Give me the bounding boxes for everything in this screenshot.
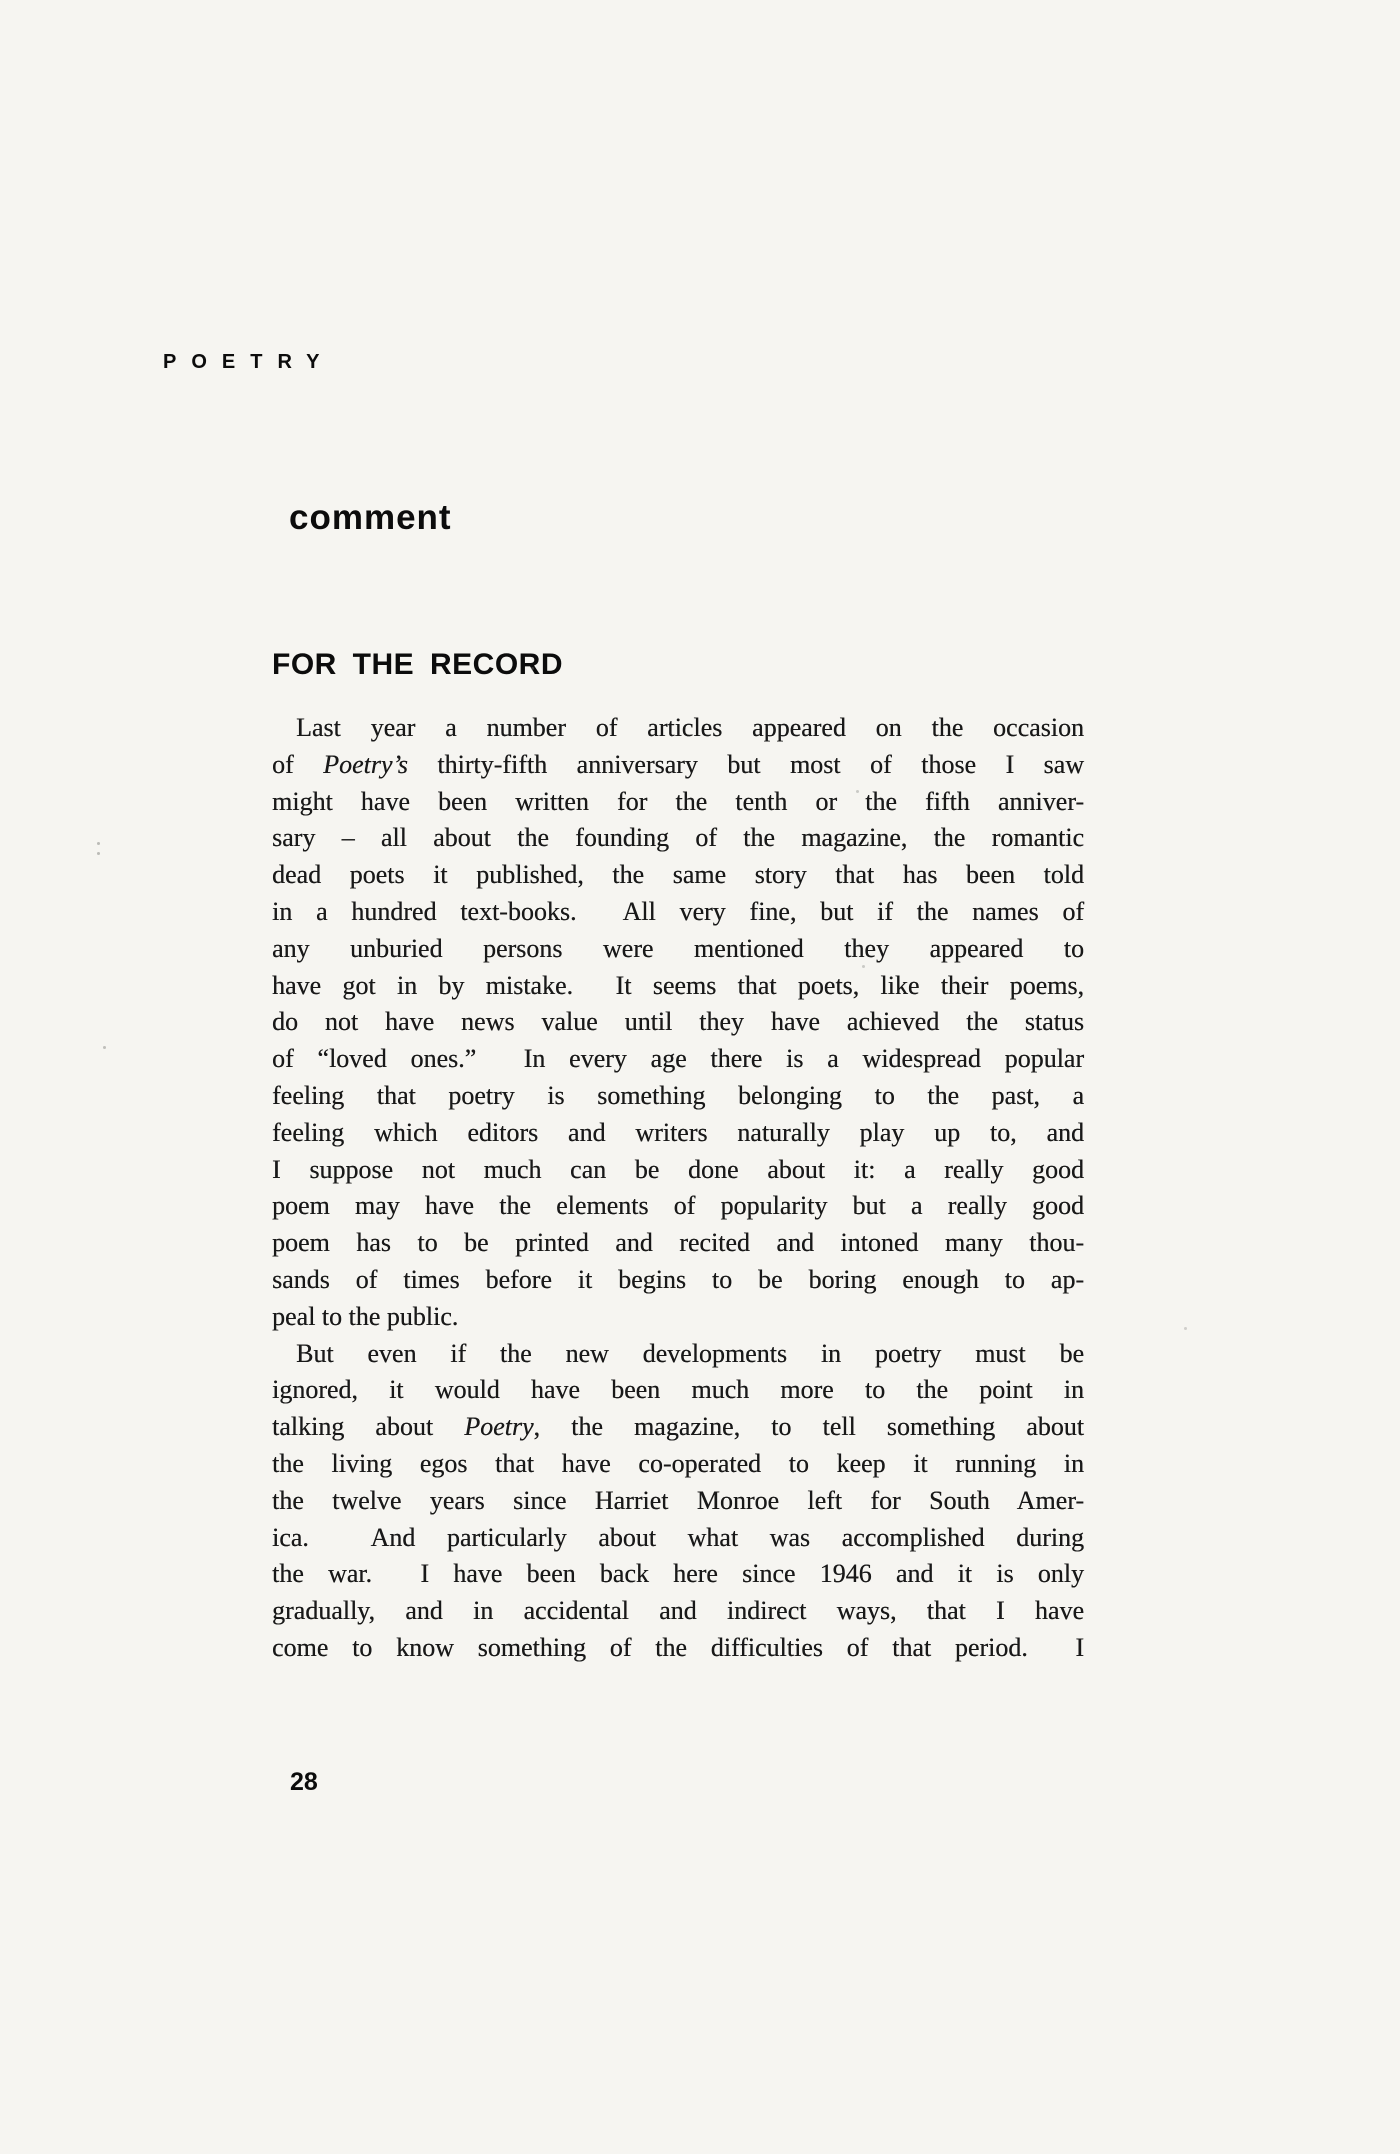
text-line: of “loved ones.” In every age there is a… bbox=[272, 1041, 1084, 1078]
text-line: come to know something of the difficulti… bbox=[272, 1630, 1084, 1667]
text-line: the living egos that have co-operated to… bbox=[272, 1446, 1084, 1483]
text-line: dead poets it published, the same story … bbox=[272, 857, 1084, 894]
text-line: any unburied persons were mentioned they… bbox=[272, 931, 1084, 968]
running-head: POETRY bbox=[163, 352, 335, 372]
text-line: poem has to be printed and recited and i… bbox=[272, 1225, 1084, 1262]
text-line: have got in by mistake. It seems that po… bbox=[272, 968, 1084, 1005]
text-segment: dead poets it published, the same story … bbox=[272, 860, 1084, 889]
section-label: comment bbox=[289, 500, 452, 535]
text-segment: talking about bbox=[272, 1412, 464, 1441]
text-segment: feeling that poetry is something belongi… bbox=[272, 1081, 1084, 1110]
text-line: But even if the new developments in poet… bbox=[272, 1336, 1084, 1373]
text-segment: the twelve years since Harriet Monroe le… bbox=[272, 1486, 1084, 1515]
article-title: FOR THE RECORD bbox=[272, 650, 563, 680]
text-segment: of bbox=[272, 750, 323, 779]
text-line: sands of times before it begins to be bo… bbox=[272, 1262, 1084, 1299]
text-line: the war. I have been back here since 194… bbox=[272, 1556, 1084, 1593]
text-segment: poem may have the elements of popularity… bbox=[272, 1191, 1084, 1220]
text-line: talking about Poetry, the magazine, to t… bbox=[272, 1409, 1084, 1446]
text-line: poem may have the elements of popularity… bbox=[272, 1188, 1084, 1225]
article-body: Last year a number of articles appeared … bbox=[272, 710, 1084, 1667]
text-segment: gradually, and in accidental and indirec… bbox=[272, 1596, 1084, 1625]
paragraph: But even if the new developments in poet… bbox=[272, 1336, 1084, 1667]
scan-speck bbox=[856, 790, 859, 793]
scan-speck bbox=[531, 667, 534, 670]
text-segment: I suppose not much can be done about it:… bbox=[272, 1155, 1084, 1184]
text-segment: do not have news value until they have a… bbox=[272, 1007, 1084, 1036]
text-line: I suppose not much can be done about it:… bbox=[272, 1152, 1084, 1189]
text-segment: have got in by mistake. It seems that po… bbox=[272, 971, 1084, 1000]
text-segment: any unburied persons were mentioned they… bbox=[272, 934, 1084, 963]
text-segment: , the magazine, to tell something about bbox=[534, 1412, 1085, 1441]
text-line: do not have news value until they have a… bbox=[272, 1004, 1084, 1041]
scan-speck bbox=[103, 1046, 106, 1049]
text-segment: thirty-fifth anniversary but most of tho… bbox=[408, 750, 1084, 779]
text-line: ignored, it would have been much more to… bbox=[272, 1372, 1084, 1409]
text-segment: of “loved ones.” In every age there is a… bbox=[272, 1044, 1084, 1073]
text-line: the twelve years since Harriet Monroe le… bbox=[272, 1483, 1084, 1520]
text-segment: poem has to be printed and recited and i… bbox=[272, 1228, 1084, 1257]
scan-speck bbox=[1184, 1327, 1187, 1330]
italic-magazine-name: Poetry’s bbox=[323, 750, 408, 779]
text-line: feeling that poetry is something belongi… bbox=[272, 1078, 1084, 1115]
page-number: 28 bbox=[290, 1770, 318, 1795]
text-segment: ica. And particularly about what was acc… bbox=[272, 1523, 1084, 1552]
text-segment: feeling which editors and writers natura… bbox=[272, 1118, 1084, 1147]
scan-speck bbox=[97, 842, 100, 845]
magazine-page: POETRY comment FOR THE RECORD Last year … bbox=[0, 0, 1400, 2154]
text-line: Last year a number of articles appeared … bbox=[272, 710, 1084, 747]
text-segment: sands of times before it begins to be bo… bbox=[272, 1265, 1084, 1294]
text-line: peal to the public. bbox=[272, 1299, 1084, 1336]
text-segment: But even if the new developments in poet… bbox=[296, 1339, 1084, 1368]
text-segment: the war. I have been back here since 194… bbox=[272, 1559, 1084, 1588]
text-line: in a hundred text-books. All very fine, … bbox=[272, 894, 1084, 931]
text-segment: in a hundred text-books. All very fine, … bbox=[272, 897, 1084, 926]
italic-magazine-name: Poetry bbox=[464, 1412, 533, 1441]
scan-speck bbox=[97, 852, 100, 855]
text-segment: the living egos that have co-operated to… bbox=[272, 1449, 1084, 1478]
text-line: ica. And particularly about what was acc… bbox=[272, 1520, 1084, 1557]
text-segment: sary – all about the founding of the mag… bbox=[272, 823, 1084, 852]
text-segment: ignored, it would have been much more to… bbox=[272, 1375, 1084, 1404]
text-segment: peal to the public. bbox=[272, 1302, 458, 1331]
text-segment: Last year a number of articles appeared … bbox=[296, 713, 1084, 742]
text-line: feeling which editors and writers natura… bbox=[272, 1115, 1084, 1152]
text-segment: come to know something of the difficulti… bbox=[272, 1633, 1084, 1662]
text-line: of Poetry’s thirty-fifth anniversary but… bbox=[272, 747, 1084, 784]
text-line: gradually, and in accidental and indirec… bbox=[272, 1593, 1084, 1630]
text-segment: might have been written for the tenth or… bbox=[272, 787, 1084, 816]
text-line: sary – all about the founding of the mag… bbox=[272, 820, 1084, 857]
text-line: might have been written for the tenth or… bbox=[272, 784, 1084, 821]
paragraph: Last year a number of articles appeared … bbox=[272, 710, 1084, 1336]
scan-speck bbox=[862, 965, 865, 968]
